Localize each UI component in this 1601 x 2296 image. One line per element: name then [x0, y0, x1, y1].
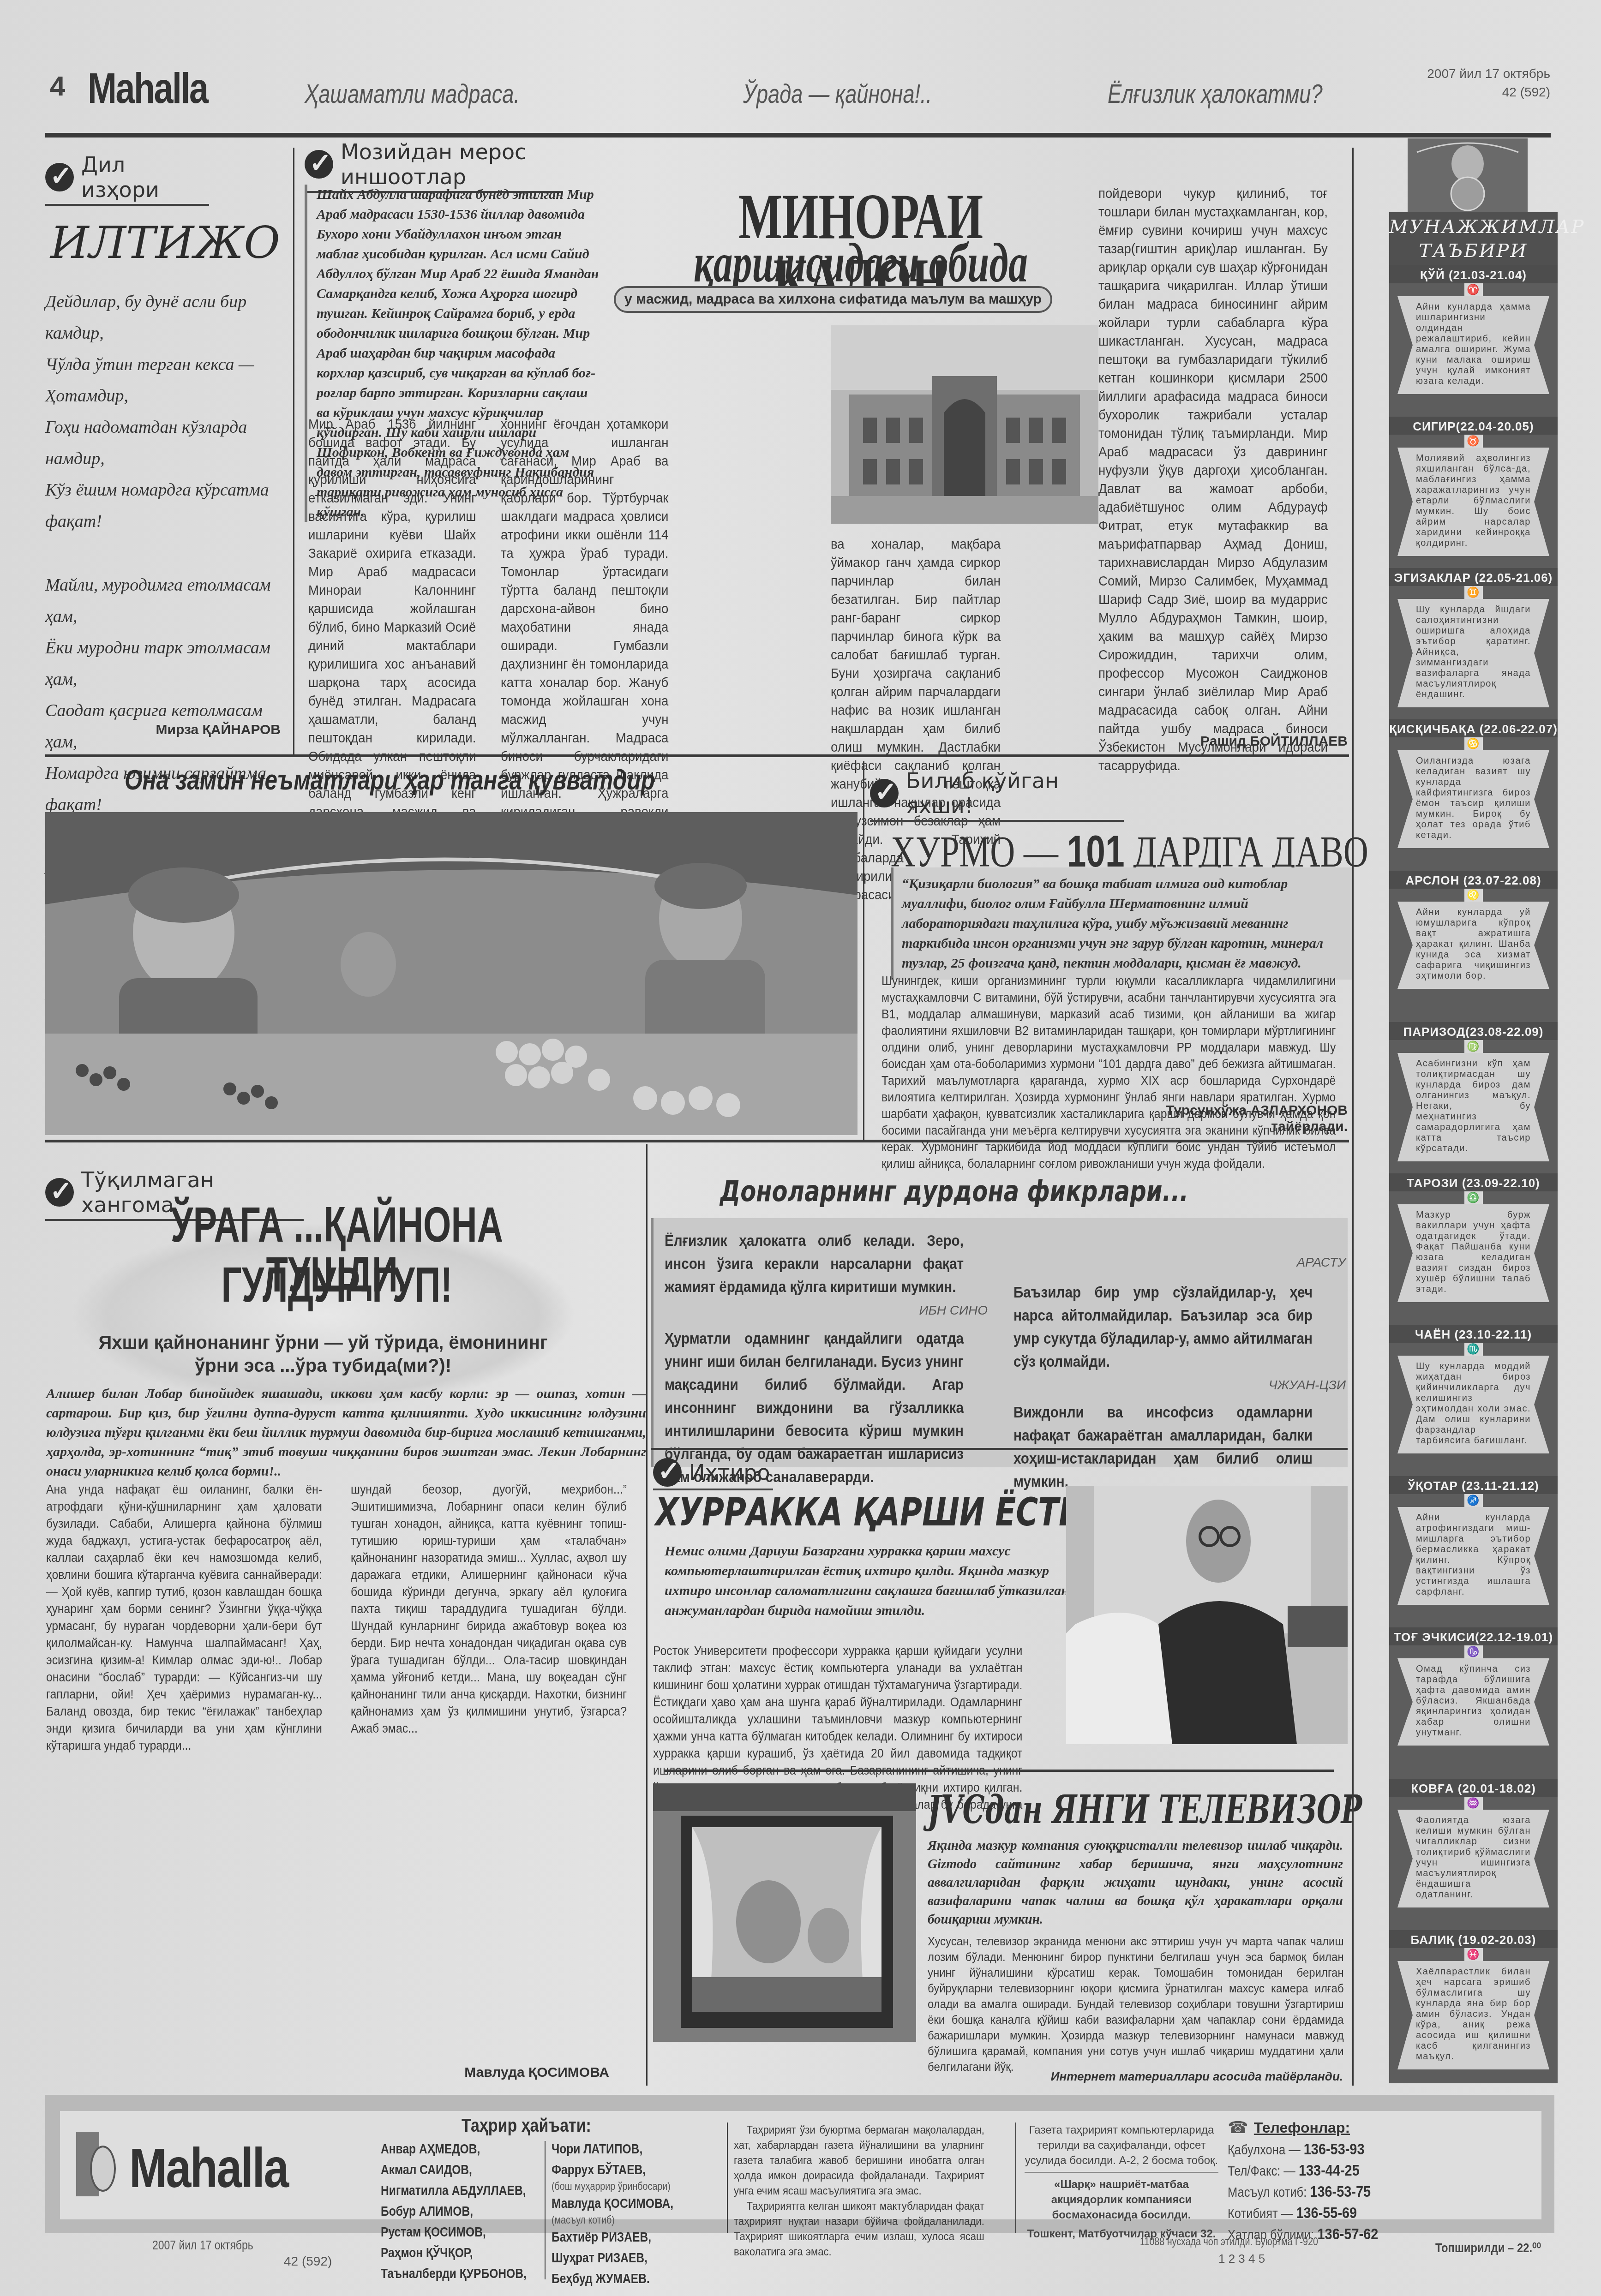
board-member: Фаррух БЎТАЕВ, — [552, 2159, 673, 2180]
board-member: Бобур АЛИМОВ, — [381, 2201, 527, 2222]
aries-icon: ♈ — [1464, 283, 1483, 296]
quote-text: Баъзилар бир умр сўзлайдилар-у, ҳеч нарс… — [1013, 1281, 1313, 1373]
madrasa-photo — [831, 325, 1098, 524]
mil-author: Мавлуда ҚОСИМОВА — [351, 2065, 609, 2081]
print-run: 11088 нусхада чоп этилди. Буюртма Г-920 — [1140, 2236, 1318, 2248]
footer-logo-emblem-icon — [90, 2146, 116, 2192]
poem-line: Гоҳи надоматдан кўзларда намдир, — [45, 412, 290, 474]
disclaimer-text: Таҳририятга келган шикоят мактубларидан … — [734, 2199, 984, 2260]
sign-libra: ТАРОЗИ (23.09-22.10) ♎ Мазкур бурж вакил… — [1389, 1173, 1558, 1325]
mil-headline-2: ГУЛДУР-ГУП! — [134, 1260, 540, 1309]
scorpio-icon: ♏ — [1464, 1343, 1483, 1356]
section-rule — [45, 754, 1349, 757]
cancer-icon: ♋ — [1464, 737, 1483, 750]
sign-capricorn: ТОҒ ЭЧКИСИ(22.12-19.01) ♑ Омад кўпинча с… — [1389, 1627, 1558, 1779]
board-member: Бахтиёр РИЗАЕВ, — [552, 2227, 673, 2248]
sign-text: Айни кунларда атрофингиздаги миш-мишларг… — [1397, 1507, 1549, 1605]
column-divider — [1015, 2123, 1016, 2233]
editorial-board-col-1: Анвар АҲМЕДОВ, Акмал САИДОВ, Нигматилла … — [381, 2139, 558, 2284]
footer-date: 2007 йил 17 октябрь — [152, 2238, 253, 2253]
quotes-headline: Доноларнинг дурдона фикрлари... — [720, 1174, 1188, 1208]
libra-icon: ♎ — [1464, 1191, 1483, 1204]
sign-text: Фаолиятда юзага келиши мумкин бўлган чиг… — [1397, 1810, 1549, 1907]
jvc-headline: JVCдан ЯНГИ ТЕЛЕВИЗОР — [928, 1790, 1362, 1829]
horoscope-title-1: МУНАЖЖИМЛАР — [1389, 215, 1558, 239]
board-member: Шуҳрат РИЗАЕВ, — [552, 2248, 673, 2268]
sign-heading: ЭГИЗАКЛАР (22.05-21.06) — [1389, 568, 1558, 586]
phones-header: ☎ Телефонлар: — [1228, 2118, 1551, 2137]
market-headline: Она замин неъматлари ҳар танга қувватдир — [125, 764, 655, 796]
bazaar-vendors-image — [45, 812, 857, 1135]
rubric-label: Мозийдан мерос иншоотлар — [341, 139, 563, 189]
phone-row: Тел/Факс: — 133-44-25 — [1228, 2160, 1502, 2182]
sign-text: Асабингизни кўп ҳам толиқтирмасдан шу ку… — [1397, 1053, 1549, 1161]
dates-author: Турсунхўжа АЗЛАРХОНОВ — [1061, 1103, 1348, 1118]
astrologer-crystal-ball-image — [1408, 138, 1528, 212]
sagittarius-icon: ♐ — [1464, 1494, 1483, 1507]
rubric-dil-izhori: Дил изҳори — [45, 152, 209, 206]
sign-heading: СИГИР(22.04-20.05) — [1389, 417, 1558, 435]
rubric-label: Дил изҳори — [81, 152, 209, 202]
phone-label: Тел/Факс: — — [1228, 2164, 1295, 2179]
sign-aquarius: КОВҒА (20.01-18.02) ♒ Фаолиятда юзага ке… — [1389, 1779, 1558, 1930]
quote-author: ИБН СИНО — [665, 1303, 988, 1318]
madrasa-headline-2: қаршисидаги обида — [691, 235, 1031, 291]
footer-print-info: Газета таҳририят компьютерларида терилди… — [1025, 2123, 1218, 2242]
sign-heading: ҚИСҚИЧБАҚА (22.06-22.07) — [1389, 719, 1558, 737]
sign-heading: АРСЛОН (23.07-22.08) — [1389, 871, 1558, 889]
horoscope-banner: МУНАЖЖИМЛАР ТАЪБИРИ — [1389, 212, 1558, 266]
editorial-board-col-2: Чори ЛАТИПОВ, Фаррух БЎТАЕВ, (бош муҳарр… — [552, 2139, 700, 2289]
rubric-good-to-know: Билиб қўйган яхши! — [870, 768, 1124, 822]
mil-col-1: Ана унда нафақат ёш оиланинг, балки ён-а… — [46, 1481, 322, 1754]
disclaimer-text: Таҳририят ўзи буюртма бермаган мақолалар… — [734, 2123, 984, 2199]
sign-heading: ЎҚОТАР (23.11-21.12) — [1389, 1476, 1558, 1494]
sign-text: Шу кунларда йшдаги салоҳиятингизни ошири… — [1397, 599, 1549, 707]
phone-number[interactable]: 136-53-93 — [1304, 2141, 1365, 2158]
sign-sagittarius: ЎҚОТАР (23.11-21.12) ♐ Айни кунларда атр… — [1389, 1476, 1558, 1627]
sign-text: Айни кунларда ҳамма ишларингизни олдинда… — [1397, 296, 1549, 394]
board-member: Анвар АҲМЕДОВ, — [381, 2139, 527, 2159]
sign-text: Омад кўпинча сиз тарафда бўлишига ҳафта … — [1397, 1658, 1549, 1746]
phones-title: Телефонлар: — [1254, 2119, 1350, 2136]
phone-number[interactable]: 136-53-75 — [1310, 2183, 1371, 2200]
rubric-label: Ихтиро — [689, 1460, 770, 1485]
sign-taurus: СИГИР(22.04-20.05) ♉ Молиявий аҳволингиз… — [1389, 417, 1558, 568]
rubric-invention: Ихтиро — [653, 1458, 773, 1490]
board-member: Нигматилла АБДУЛЛАЕВ, — [381, 2180, 527, 2201]
madrasa-author: Рашид БОЙТИЛЛАЕВ — [1108, 734, 1348, 749]
poem-line: Дейдилар, бу дунё асли бир камдир, — [45, 286, 290, 349]
section-rule — [665, 1770, 1334, 1772]
market-photo — [45, 812, 857, 1135]
footer-issue: 42 (592) — [284, 2254, 332, 2269]
column-divider — [1352, 148, 1354, 2086]
poem-author: Мирза ҚАЙНАРОВ — [45, 722, 281, 738]
sign-heading: БАЛИҚ (19.02-20.03) — [1389, 1930, 1558, 1948]
gemini-icon: ♊ — [1464, 586, 1483, 599]
board-member-role: (масъул котиб) — [552, 2214, 673, 2227]
sign-pisces: БАЛИҚ (19.02-20.03) ♓ Хаёлпарастлик била… — [1389, 1930, 1558, 2081]
phone-number[interactable]: 136-57-62 — [1318, 2225, 1379, 2243]
sign-leo: АРСЛОН (23.07-22.08) ♌ Айни кунларда уй … — [1389, 871, 1558, 1022]
printing-house: «Шарқ» нашриёт-матбаа акциядорлик компан… — [1025, 2177, 1218, 2223]
masthead-rule — [45, 133, 1551, 138]
section-rule — [651, 1448, 1348, 1450]
teaser-madrasa[interactable]: Ҳашаматли мадраса. — [305, 78, 520, 109]
dates-lead-box: “Қизиқарли биология” ва бошқа табиат илм… — [891, 867, 1352, 980]
phone-row: Қабулхона — 136-53-93 — [1228, 2139, 1502, 2160]
poem-line: Ёки муродни тарк этолмасам ҳам, — [45, 632, 290, 695]
horoscope-column: ҚЎЙ (21.03-21.04) ♈ Айни кунларда ҳамма … — [1389, 265, 1558, 2083]
board-member: Таъналберди ҚУРБОНОВ, — [381, 2263, 527, 2284]
print-info: Газета таҳририят компьютерларида терилди… — [1025, 2123, 1218, 2173]
pillow-photo — [1066, 1486, 1348, 1744]
footer-disclaimer: Таҳририят ўзи буюртма бермаган мақолалар… — [734, 2123, 984, 2260]
teaser-loneliness[interactable]: Ёлғизлик ҳалокатми? — [1108, 78, 1323, 109]
board-member: Акмал САИДОВ, — [381, 2159, 527, 2180]
sign-heading: ТАРОЗИ (23.09-22.10) — [1389, 1173, 1558, 1191]
board-member: Чори ЛАТИПОВ, — [552, 2139, 673, 2159]
rubric-label: Билиб қўйган яхши! — [906, 768, 1124, 818]
sign-aries: ҚЎЙ (21.03-21.04) ♈ Айни кунларда ҳамма … — [1389, 265, 1558, 417]
page-number: 4 — [50, 70, 65, 102]
checkmark-icon — [305, 150, 333, 179]
aquarius-icon: ♒ — [1464, 1797, 1483, 1810]
phone-label: Қабулхона — — [1228, 2142, 1301, 2158]
sign-cancer: ҚИСҚИЧБАҚА (22.06-22.07) ♋ Оилангизда юз… — [1389, 719, 1558, 871]
checkmark-icon — [653, 1458, 682, 1487]
phone-label: Котибият — — [1228, 2206, 1293, 2221]
virgo-icon: ♍ — [1464, 1040, 1483, 1053]
quote-item: АРАСТУ Баъзилар бир умр сўзлайдилар-у, ҳ… — [1013, 1229, 1346, 1511]
mil-col-2: шундай беозор, дуогўй, меҳрибон...” Эшит… — [351, 1481, 627, 1737]
column-divider — [727, 2123, 728, 2233]
column-divider — [293, 148, 294, 754]
scientist-with-pillow-image — [1066, 1486, 1348, 1744]
television-image — [653, 1783, 916, 2042]
madrasa-col-4: пойдевори чукур қилиниб, тоғ тошлари бил… — [1098, 185, 1328, 775]
quotes-box: Ёлғизлик ҳалокатга олиб келади. Зеро, ин… — [651, 1218, 1348, 1467]
phone-label: Масъул котиб: — [1228, 2185, 1307, 2200]
sign-heading: ЧАЁН (23.10-22.11) — [1389, 1325, 1558, 1343]
sign-text: Хаёлпарастлик билан ҳеч нарсага эришиб б… — [1397, 1961, 1549, 2069]
madrasa-subhead: у масжид, мадраса ва хилхона сифатида ма… — [614, 286, 1052, 313]
phone-row: Котибият — 136-55-69 — [1228, 2203, 1502, 2224]
column-divider — [646, 1144, 648, 2086]
quote-text: Виждонли ва инсофсиз одамларни нафақат б… — [1013, 1401, 1313, 1493]
jvc-body: Хусусан, телевизор экранида менюни акс э… — [928, 1933, 1344, 2075]
phone-row: Масъул котиб: 136-53-75 — [1228, 2182, 1502, 2203]
dates-author-note: тайёрлади. — [1061, 1119, 1348, 1135]
phone-number[interactable]: 133-44-25 — [1299, 2162, 1360, 2179]
horoscope-photo — [1408, 138, 1528, 212]
jvc-credit: Интернет материаллари асосида тайёрланди… — [1015, 2069, 1343, 2084]
issue-date-block: 2007 йил 17 октябрь 42 (592) — [1427, 65, 1550, 102]
checkmark-icon — [45, 163, 74, 191]
section-rule — [45, 1140, 1349, 1142]
pillow-headline: ХУРРАККА ҚАРШИ ЁСТИҚ — [655, 1493, 1108, 1531]
quote-author: ЧЖУАН-ЦЗИ — [1013, 1378, 1346, 1393]
sign-gemini: ЭГИЗАКЛАР (22.05-21.06) ♊ Шу кунларда йш… — [1389, 568, 1558, 719]
mil-subhead: Яхши қайнонанинг ўрни — уй тўрида, ёмони… — [92, 1331, 554, 1377]
pillow-lead: Немис олими Дариуш Базаргани хурракка қа… — [665, 1541, 1071, 1620]
madrasa-building-image — [831, 325, 1098, 524]
pisces-icon: ♓ — [1464, 1948, 1483, 1961]
poem-line: Кўз ёшим номардга кўрсатма фақат! — [45, 474, 290, 537]
print-run-digits: 1 2 3 4 5 — [1218, 2252, 1265, 2266]
masthead-logo: Mahalla — [88, 65, 207, 113]
sign-heading: КОВҒА (20.01-18.02) — [1389, 1779, 1558, 1797]
editorial-board-title: Таҳрир ҳайъати: — [462, 2116, 591, 2136]
checkmark-icon — [870, 779, 899, 807]
board-member: Беҳбуд ЖУМАЕВ. — [552, 2268, 673, 2289]
taurus-icon: ♉ — [1464, 435, 1483, 448]
issue-number: 42 (592) — [1427, 83, 1550, 102]
newspaper-page: 4 Mahalla Ҳашаматли мадраса. Ўрада — қай… — [0, 0, 1601, 2296]
telephone-icon: ☎ — [1228, 2118, 1248, 2137]
footer-logo: Mahalla — [129, 2136, 288, 2200]
quote-text: Ёлғизлик ҳалокатга олиб келади. Зеро, ин… — [665, 1229, 964, 1298]
deadline: Топширилди – 22.⁰⁰ — [1435, 2240, 1541, 2255]
board-member: Мавлуда ҚОСИМОВА, — [552, 2193, 673, 2214]
sign-text: Оилангизда юзага келадиган вазият шу кун… — [1397, 750, 1549, 848]
footer-phones: ☎ Телефонлар: Қабулхона — 136-53-93 Тел/… — [1228, 2118, 1551, 2245]
phone-number[interactable]: 136-55-69 — [1296, 2204, 1357, 2222]
sign-text: Молиявий аҳволингиз яхшиланган бўлса-да,… — [1397, 448, 1549, 556]
leo-icon: ♌ — [1464, 889, 1483, 902]
sign-text: Мазкур бурж вакиллари учун ҳафта одатдаг… — [1397, 1204, 1549, 1302]
sign-heading: ТОҒ ЭЧКИСИ(22.12-19.01) — [1389, 1627, 1558, 1645]
sign-heading: ПАРИЗОД(23.08-22.09) — [1389, 1022, 1558, 1040]
jvc-lead: Яқинда мазкур компания суюққристалли тел… — [928, 1836, 1343, 1929]
column-divider — [863, 761, 864, 1140]
quote-author: АРАСТУ — [1013, 1255, 1346, 1270]
sign-scorpio: ЧАЁН (23.10-22.11) ♏ Шу кунларда моддий … — [1389, 1325, 1558, 1476]
horoscope-title-2: ТАЪБИРИ — [1389, 239, 1558, 263]
capricorn-icon: ♑ — [1464, 1645, 1483, 1658]
board-member: Рустам ҚОСИМОВ, — [381, 2222, 527, 2242]
column-divider — [545, 2141, 546, 2279]
teaser-mother-in-law[interactable]: Ўрада — қайнона!.. — [743, 78, 932, 109]
checkmark-icon — [45, 1178, 74, 1207]
dates-lead: “Қизиқарли биология” ва бошқа табиат илм… — [902, 874, 1344, 973]
issue-date: 2007 йил 17 октябрь — [1427, 65, 1550, 83]
stanza: Дейдилар, бу дунё асли бир камдир, Чўлда… — [45, 286, 290, 537]
sign-text: Шу кунларда моддий жиҳатдан бироз қийинч… — [1397, 1356, 1549, 1453]
poem-line: Майли, муродимга етолмасам ҳам, — [45, 569, 290, 632]
sign-text: Айни кунларда уй юмушларига кўпроқ вақт … — [1397, 902, 1549, 989]
sign-virgo: ПАРИЗОД(23.08-22.09) ♍ Асабингизни кўп ҳ… — [1389, 1022, 1558, 1173]
mil-lead: Алишер билан Лобар бинойидек яшашади, ик… — [46, 1384, 646, 1481]
board-member-role: (бош муҳаррир ўринбосари) — [552, 2180, 673, 2193]
sign-heading: ҚЎЙ (21.03-21.04) — [1389, 265, 1558, 283]
poem-line: Чўлда ўтин терган кекса — Ҳотамдир, — [45, 349, 290, 412]
poem-title: ИЛТИЖО — [45, 217, 285, 269]
jvc-photo — [653, 1783, 916, 2042]
board-member: Раҳмон ҚЎЧҚОР, — [381, 2242, 527, 2263]
